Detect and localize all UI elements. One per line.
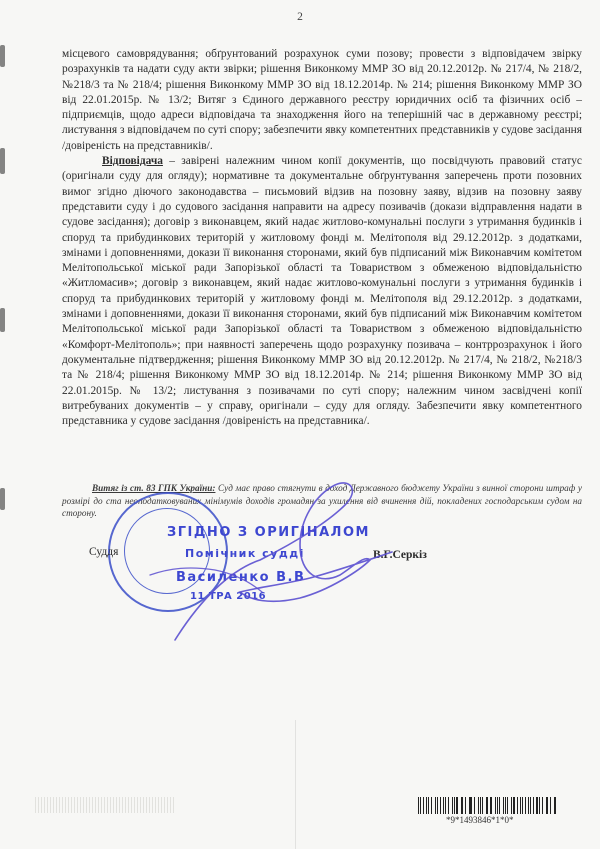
- scan-punch-mark: [0, 148, 5, 174]
- page-number: 2: [0, 11, 600, 23]
- certification-stamp-line: ЗГІДНО З ОРИГІНАЛОМ: [167, 525, 370, 540]
- scan-punch-mark: [0, 45, 5, 67]
- continuation-paragraph: місцевого самоврядування; обґрунтований …: [62, 47, 582, 154]
- document-page: 2 місцевого самоврядування; обґрунтовани…: [0, 0, 600, 849]
- reverse-barcode-bleed: [35, 797, 175, 813]
- judge-name: В.Г.Серкіз: [373, 549, 427, 561]
- scan-punch-mark: [0, 308, 5, 332]
- document-barcode: [418, 797, 558, 814]
- notice-title: Витяг із ст. 83 ГПК України:: [92, 483, 215, 493]
- defendant-paragraph: Відповідача – завірені належним чином ко…: [62, 154, 582, 429]
- judge-role-label: Суддя: [89, 546, 118, 558]
- document-body: місцевого самоврядування; обґрунтований …: [62, 47, 582, 429]
- scan-punch-mark: [0, 488, 5, 510]
- defendant-heading: Відповідача: [102, 155, 163, 167]
- certification-stamp-date: 11 ТРА 2016: [190, 591, 266, 602]
- barcode-number: *9*1493846*1*0*: [446, 815, 514, 825]
- defendant-requirements-text: – завірені належним чином копії документ…: [62, 155, 582, 427]
- certification-stamp-line: Василенко В.В: [176, 570, 305, 585]
- reverse-side-bleed-through: [340, 570, 590, 585]
- certification-stamp-line: Помічник судді: [185, 547, 305, 560]
- paper-fold: [295, 720, 296, 849]
